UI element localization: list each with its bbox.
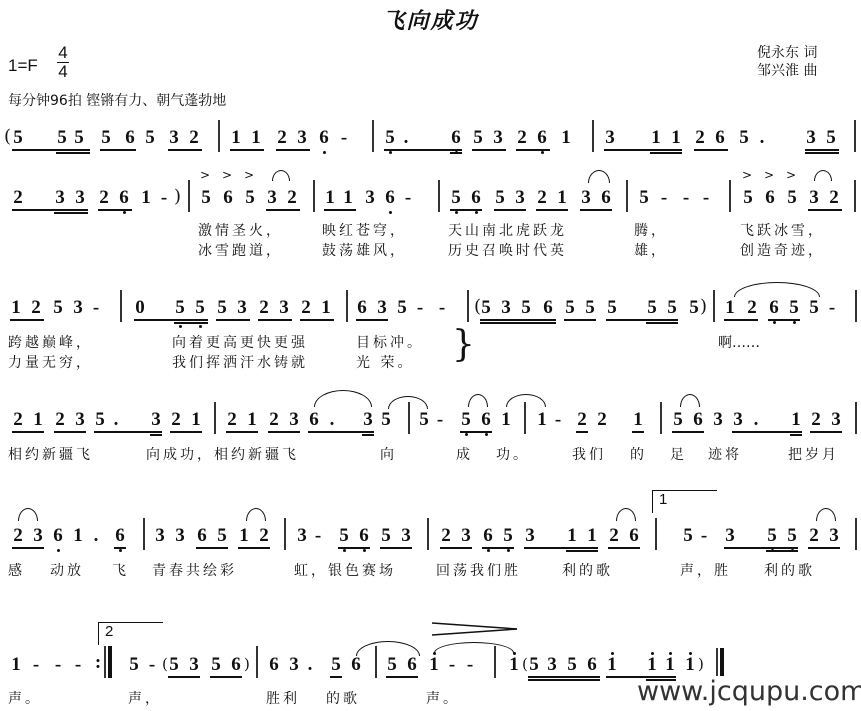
interlude-paren-close: ) — [700, 296, 707, 317]
note: 3 — [150, 410, 162, 430]
lyric: 历史召唤时代英 — [448, 240, 567, 260]
lyric: 创造奇迹， — [740, 240, 825, 260]
tie — [434, 642, 514, 653]
note: 2 — [828, 188, 840, 208]
song-title: 飞向成功 — [0, 4, 861, 35]
barline — [626, 180, 628, 212]
note: 0 — [134, 298, 146, 318]
note: 3 — [808, 188, 820, 208]
note: 6 — [356, 298, 368, 318]
note: 2 — [98, 188, 110, 208]
note: 5 — [460, 410, 472, 430]
barline — [120, 290, 122, 322]
tie — [506, 394, 546, 407]
note: 3 — [32, 526, 44, 546]
note: 2 — [188, 128, 200, 148]
lyric: 飞跃冰雪， — [740, 220, 825, 240]
note: 5 — [646, 298, 658, 318]
composer-credit: 邹兴淮 曲 — [757, 62, 817, 80]
note: 6 — [536, 128, 548, 148]
lyric: 向成功，相约新疆飞 — [146, 444, 299, 464]
note: 2 — [12, 526, 24, 546]
note: 1 — [724, 298, 736, 318]
note: 2 — [268, 410, 280, 430]
tempo-marking: 每分钟96拍 铿锵有力、朝气蓬勃地 — [8, 90, 226, 110]
note: 1 — [632, 410, 644, 430]
note: 3 — [288, 655, 300, 675]
accent-mark: > — [244, 168, 254, 182]
dot: . — [400, 128, 412, 148]
key-signature: 1=F — [8, 56, 38, 76]
interlude-paren-open: ( — [162, 655, 168, 673]
barline — [655, 518, 657, 550]
repeat-end-thick-bar — [108, 646, 112, 678]
note: 3 — [74, 410, 86, 430]
note: 1 — [664, 655, 676, 675]
note: 3 — [732, 410, 744, 430]
final-thin-bar — [716, 648, 718, 676]
note: 5 — [520, 298, 532, 318]
lyric: 啊…… — [718, 332, 760, 352]
accent-mark: > — [786, 168, 796, 182]
note: 1 — [190, 410, 202, 430]
note: 1 — [230, 128, 242, 148]
note: 5 — [738, 128, 750, 148]
note: 2 — [576, 410, 588, 430]
watermark: www.jcqupu.com — [637, 676, 861, 707]
lyric: 腾， — [634, 220, 668, 240]
note: 6 — [450, 128, 462, 148]
note: 2 — [516, 128, 528, 148]
rest-dash: - — [146, 655, 158, 675]
note: 2 — [536, 188, 548, 208]
note: 5 — [606, 298, 618, 318]
note: 5 — [786, 526, 798, 546]
dot: . — [90, 526, 102, 546]
lyric: 功。 — [496, 444, 530, 464]
rest-dash: - — [312, 526, 324, 546]
note: 2 — [810, 410, 822, 430]
note: 1 — [684, 655, 696, 675]
note: 3 — [580, 188, 592, 208]
note: 6 — [600, 188, 612, 208]
rest-dash: - — [90, 298, 102, 318]
slur — [680, 394, 700, 407]
note: 2 — [276, 128, 288, 148]
note: 3 — [54, 188, 66, 208]
barline — [408, 402, 410, 434]
note: 5 — [94, 410, 106, 430]
note: 5 — [244, 188, 256, 208]
slur — [588, 170, 610, 183]
note: 3 — [174, 526, 186, 546]
note: 3 — [296, 128, 308, 148]
slur — [18, 508, 38, 521]
note: 3 — [236, 298, 248, 318]
note: 2 — [300, 298, 312, 318]
note: 6 — [358, 526, 370, 546]
repeat-dots: : — [92, 653, 104, 673]
lyric: 天山南北虎跃龙 — [448, 220, 567, 240]
lyric: 的 — [630, 444, 647, 464]
note: 1 — [670, 128, 682, 148]
note: 2 — [608, 526, 620, 546]
note: 1 — [556, 188, 568, 208]
lyric: 鼓荡雄风， — [322, 240, 407, 260]
note: 5 — [742, 188, 754, 208]
first-ending-bracket: 1 — [652, 490, 717, 513]
note: 1 — [238, 526, 250, 546]
lyric: 我们挥洒汗水铸就 — [172, 352, 308, 372]
lyricist-credit: 倪永东 词 — [757, 44, 817, 62]
rest-dash: - — [552, 410, 564, 430]
note: 5 — [418, 410, 430, 430]
accent-mark: > — [222, 168, 232, 182]
note: 3 — [604, 128, 616, 148]
note: 5 — [494, 188, 506, 208]
lyric: 声。 — [8, 688, 42, 708]
note: 5 — [100, 128, 112, 148]
dot: . — [326, 410, 338, 430]
note: 5 — [450, 188, 462, 208]
second-ending-bracket: 2 — [98, 622, 163, 645]
note: 3 — [362, 410, 374, 430]
note: 1 — [508, 655, 520, 675]
note: 5 — [480, 298, 492, 318]
note: 1 — [140, 188, 152, 208]
note: 1 — [560, 128, 572, 148]
note: 5 — [168, 655, 180, 675]
slur — [734, 282, 820, 297]
lyric: 成 — [456, 444, 473, 464]
note: 2 — [258, 526, 270, 546]
note: 5 — [766, 526, 778, 546]
barline — [284, 518, 286, 550]
note: 2 — [258, 298, 270, 318]
lyric: 声。 — [426, 688, 460, 708]
slur — [814, 170, 832, 181]
note: 5 — [52, 298, 64, 318]
note: 6 — [230, 655, 242, 675]
lyric: 迹将 — [708, 444, 742, 464]
barline — [218, 120, 220, 152]
note: 6 — [350, 655, 362, 675]
note: 6 — [318, 128, 330, 148]
note: 5 — [672, 410, 684, 430]
lyric: 向 — [380, 444, 397, 464]
time-signature: 4 4 — [56, 44, 70, 81]
note: 1 — [320, 298, 332, 318]
note: 3 — [288, 410, 300, 430]
dot: . — [304, 655, 316, 675]
note: 2 — [12, 188, 24, 208]
note: 3 — [830, 410, 842, 430]
note: 5 — [564, 298, 576, 318]
dot: . — [756, 128, 768, 148]
rest-dash: - — [698, 526, 710, 546]
note: 3 — [168, 128, 180, 148]
lyric: 足 — [670, 444, 687, 464]
note: 5 — [144, 128, 156, 148]
note: 6 — [114, 526, 126, 546]
note: 1 — [250, 128, 262, 148]
note: 5 — [472, 128, 484, 148]
barline — [855, 402, 857, 434]
note: 3 — [188, 655, 200, 675]
lyric: 相约新疆飞 — [8, 444, 93, 464]
rest-dash: - — [826, 298, 838, 318]
note: 1 — [536, 410, 548, 430]
slur — [314, 390, 372, 407]
note: 3 — [74, 188, 86, 208]
note: 2 — [12, 410, 24, 430]
lyric: 光 荣。 — [356, 352, 414, 372]
note: 6 — [586, 655, 598, 675]
note: 3 — [500, 298, 512, 318]
note: 6 — [384, 188, 396, 208]
lyric: 动放 — [50, 560, 84, 580]
lyric: 冰雪跑道， — [198, 240, 283, 260]
note: 3 — [546, 655, 558, 675]
note: 6 — [482, 526, 494, 546]
note: 3 — [492, 128, 504, 148]
note: 5 — [174, 298, 186, 318]
note: 5 — [682, 526, 694, 546]
rest-dash: - — [338, 128, 350, 148]
lyric: 飞 — [112, 560, 129, 580]
rest-dash: - — [30, 655, 42, 675]
note: 6 — [628, 526, 640, 546]
note: 3 — [524, 526, 536, 546]
note: 5 — [216, 526, 228, 546]
lyric: 虹，银色赛场 — [294, 560, 396, 580]
barline — [214, 402, 216, 434]
note: 5 — [73, 128, 85, 148]
repeat-end-thin-bar — [104, 646, 106, 678]
note: 6 — [52, 526, 64, 546]
note: 5 — [338, 526, 350, 546]
note: 3 — [460, 526, 472, 546]
lyric: 的歌 — [326, 688, 360, 708]
barline — [660, 402, 662, 434]
rest-dash: - — [446, 655, 458, 675]
note: 6 — [222, 188, 234, 208]
note: 6 — [124, 128, 136, 148]
lyric: 把岁月 — [788, 444, 839, 464]
note: 3 — [828, 526, 840, 546]
note: 3 — [805, 128, 817, 148]
note: 5 — [128, 655, 140, 675]
lyric: 目标冲。 — [356, 332, 424, 352]
lyric: 我们 — [572, 444, 606, 464]
dot: . — [110, 410, 122, 430]
note: 5 — [688, 298, 700, 318]
note: 6 — [196, 526, 208, 546]
note: 5 — [808, 298, 820, 318]
interlude-paren-close: ) — [698, 655, 704, 673]
note: 5 — [825, 128, 837, 148]
interlude-paren-open: ( — [522, 655, 528, 673]
note: 2 — [808, 526, 820, 546]
accent-mark: > — [200, 168, 210, 182]
final-thick-bar — [720, 648, 724, 676]
slur — [272, 170, 290, 181]
barline — [438, 180, 440, 212]
note: 2 — [440, 526, 452, 546]
note: 5 — [638, 188, 650, 208]
note: 1 — [72, 526, 84, 546]
note: 5 — [396, 298, 408, 318]
lyric: 胜利 — [266, 688, 300, 708]
note: 3 — [400, 526, 412, 546]
barline — [188, 180, 190, 212]
lyric: 利的歌 — [562, 560, 613, 580]
note: 2 — [54, 410, 66, 430]
note: 2 — [694, 128, 706, 148]
note: 1 — [32, 410, 44, 430]
note: 1 — [10, 298, 22, 318]
note: 5 — [56, 128, 68, 148]
lyric: 力量无穷， — [8, 352, 93, 372]
note: 6 — [308, 410, 320, 430]
barline — [729, 180, 731, 212]
note: 1 — [790, 410, 802, 430]
note: 2 — [170, 410, 182, 430]
note: 5 — [210, 655, 222, 675]
barline — [313, 180, 315, 212]
note: 1 — [646, 655, 658, 675]
note: 5 — [216, 298, 228, 318]
note: 2 — [746, 298, 758, 318]
note: 5 — [384, 128, 396, 148]
note: 6 — [714, 128, 726, 148]
note: 2 — [30, 298, 42, 318]
note: 3 — [154, 526, 166, 546]
note: 5 — [380, 410, 392, 430]
barline — [467, 290, 469, 322]
accent-mark: > — [742, 168, 752, 182]
note: 5 — [584, 298, 596, 318]
lyric: 跨越巅峰， — [8, 332, 93, 352]
lyric: 利的歌 — [764, 560, 815, 580]
note: 5 — [194, 298, 206, 318]
note: 1 — [586, 526, 598, 546]
barline — [855, 518, 857, 550]
note: 6 — [692, 410, 704, 430]
barline — [713, 290, 715, 322]
lyric: 激情圣火， — [198, 220, 283, 240]
note: 3 — [712, 410, 724, 430]
barline — [143, 518, 145, 550]
interlude-paren-close: ) — [244, 655, 250, 673]
note: 1 — [324, 188, 336, 208]
repeat-paren-open: ( — [4, 126, 11, 147]
barline — [854, 120, 856, 152]
note: 5 — [12, 128, 24, 148]
note: 5 — [502, 526, 514, 546]
note: 6 — [118, 188, 130, 208]
lyric: 青春共绘彩 — [152, 560, 237, 580]
note: 6 — [406, 655, 418, 675]
slur — [468, 394, 488, 407]
barline — [346, 290, 348, 322]
note: 1 — [650, 128, 662, 148]
note: 2 — [226, 410, 238, 430]
decrescendo-hairpin — [432, 622, 522, 636]
note: 1 — [606, 655, 618, 675]
note: 5 — [200, 188, 212, 208]
note: 3 — [72, 298, 84, 318]
note: 3 — [278, 298, 290, 318]
rest-dash: - — [72, 655, 84, 675]
note: 3 — [724, 526, 736, 546]
dot: . — [750, 410, 762, 430]
rest-dash: - — [414, 298, 426, 318]
barline — [592, 120, 594, 152]
note: 5 — [786, 188, 798, 208]
lyric: 回荡我们胜 — [436, 560, 521, 580]
note: 5 — [666, 298, 678, 318]
note: 6 — [470, 188, 482, 208]
rest-dash: - — [402, 188, 414, 208]
rest-dash: - — [52, 655, 64, 675]
rest-dash: - — [700, 188, 712, 208]
note: 5 — [528, 655, 540, 675]
note: 1 — [10, 655, 22, 675]
note: 1 — [428, 655, 440, 675]
barline — [524, 402, 526, 434]
note: 3 — [266, 188, 278, 208]
repeat-paren-close: ) — [174, 186, 181, 207]
rest-dash: - — [434, 410, 446, 430]
note: 5 — [330, 655, 342, 675]
barline — [494, 646, 496, 678]
lyric: 雄， — [634, 240, 668, 260]
note: 6 — [764, 188, 776, 208]
note: 3 — [296, 526, 308, 546]
rest-dash: - — [464, 655, 476, 675]
accent-mark: > — [764, 168, 774, 182]
barline — [854, 180, 856, 212]
lyric: 声，胜 — [680, 560, 731, 580]
note: 2 — [596, 410, 608, 430]
note: 1 — [566, 526, 578, 546]
slur — [246, 508, 266, 521]
note: 2 — [286, 188, 298, 208]
slur — [616, 508, 636, 521]
note: 6 — [768, 298, 780, 318]
barline — [375, 646, 377, 678]
note: 5 — [386, 655, 398, 675]
repeat-brace: } — [452, 324, 475, 365]
note: 3 — [376, 298, 388, 318]
note: 3 — [514, 188, 526, 208]
barline — [855, 290, 857, 322]
rest-dash: - — [658, 188, 670, 208]
barline — [256, 646, 258, 678]
note: 6 — [480, 410, 492, 430]
lyric: 向着更高更快更强 — [172, 332, 308, 352]
note: 6 — [268, 655, 280, 675]
lyric: 声， — [128, 688, 162, 708]
rest-dash: - — [158, 188, 170, 208]
note: 3 — [364, 188, 376, 208]
barline — [372, 120, 374, 152]
note: 6 — [542, 298, 554, 318]
rest-dash: - — [680, 188, 692, 208]
lyric: 映红苍穹， — [322, 220, 407, 240]
note: 1 — [246, 410, 258, 430]
